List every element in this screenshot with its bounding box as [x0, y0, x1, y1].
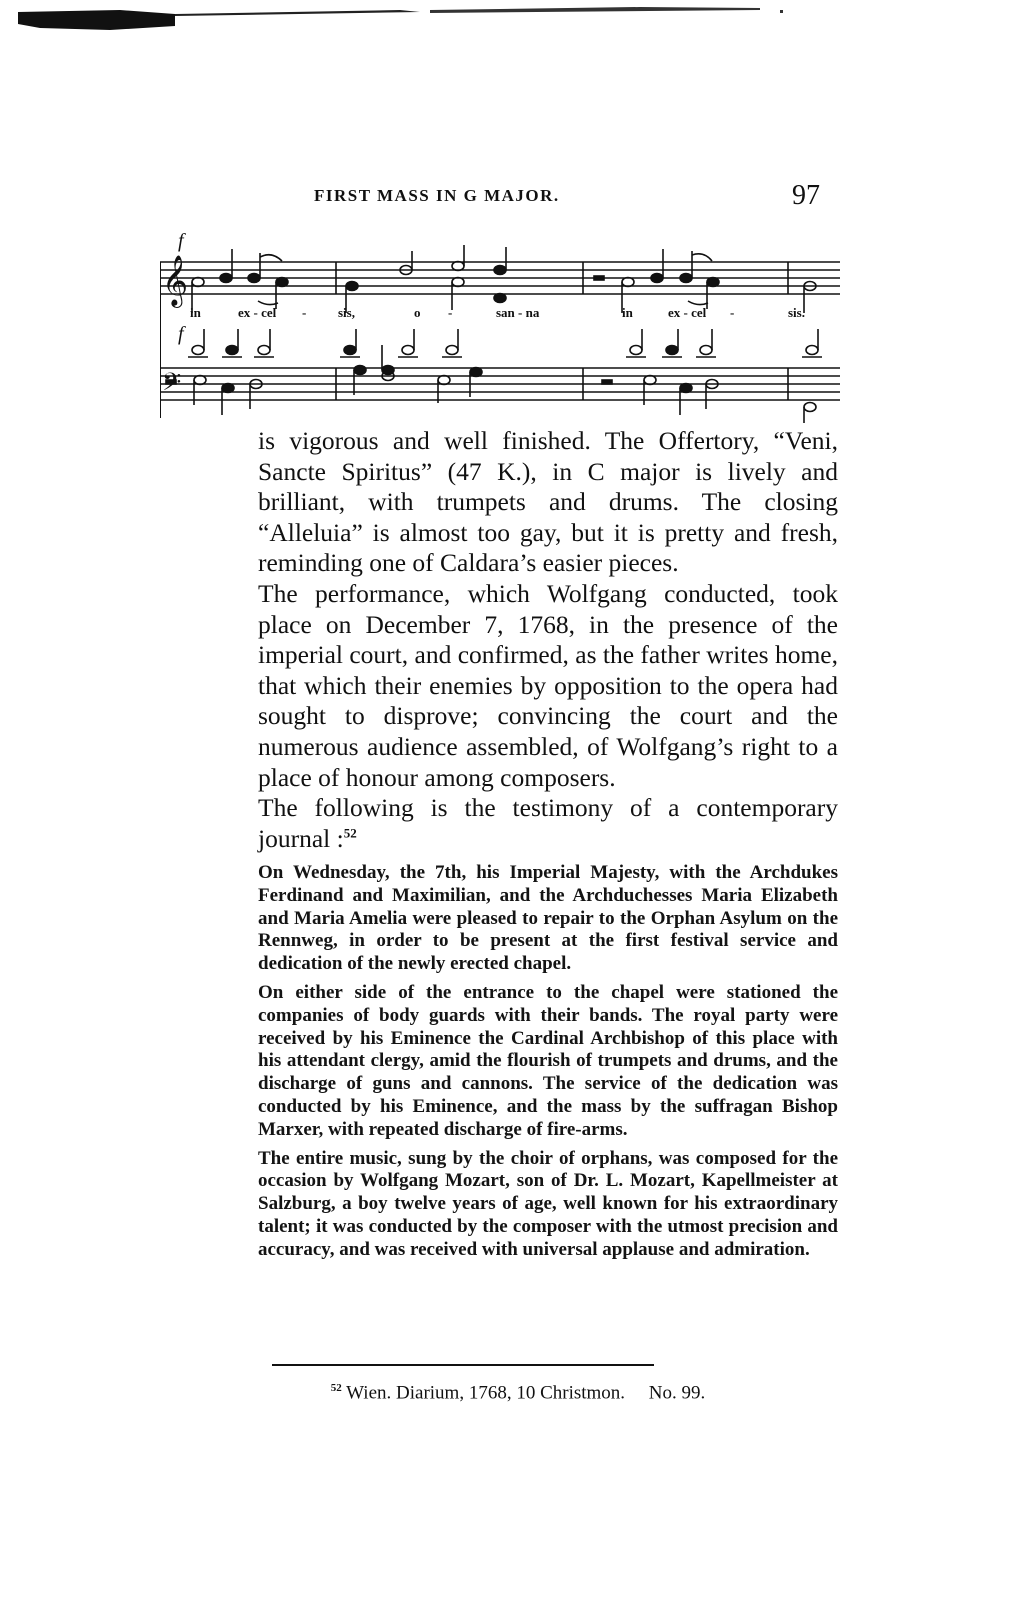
dynamic-forte-upper: f	[178, 230, 186, 252]
svg-text:-: -	[730, 305, 734, 320]
svg-text:sis,: sis,	[338, 305, 355, 320]
treble-notes	[192, 245, 816, 313]
page-number: 97	[792, 180, 820, 212]
scan-edge-artifact	[0, 0, 1036, 40]
music-score: 𝄞 𝄢 f f in ex - cel - sis, o - san - na …	[160, 225, 840, 425]
footnote-ref[interactable]: 52	[344, 825, 357, 840]
footnote-text: Wien. Diarium, 1768, 10 Christmon. No. 9…	[346, 1382, 705, 1403]
svg-text:ex - cel: ex - cel	[238, 305, 277, 320]
treble-staff	[160, 262, 840, 418]
paragraph-3: The following is the testimony of a cont…	[258, 793, 838, 854]
lyrics: in ex - cel - sis, o - san - na in ex - …	[190, 305, 805, 320]
svg-text:-: -	[302, 305, 306, 320]
paragraph-1: is vigorous and well finished. The Offer…	[258, 426, 838, 579]
svg-text:san - na: san - na	[496, 305, 540, 320]
dynamic-forte-lower: f	[178, 323, 186, 345]
quote-paragraph-2: On either side of the entrance to the ch…	[258, 982, 838, 1142]
quoted-journal-extract: On Wednesday, the 7th, his Imperial Maje…	[258, 862, 838, 1268]
treble-clef-icon: 𝄞	[162, 255, 188, 308]
svg-text:-: -	[448, 305, 452, 320]
svg-text:in: in	[190, 305, 202, 320]
running-head: FIRST MASS IN G MAJOR. 97	[258, 180, 838, 216]
alto-line-notes	[188, 329, 822, 357]
footnote: 52 Wien. Diarium, 1768, 10 Christmon. No…	[0, 1382, 1036, 1404]
svg-text:ex - cel: ex - cel	[668, 305, 707, 320]
running-title: FIRST MASS IN G MAJOR.	[314, 186, 560, 206]
paragraph-2: The performance, which Wolfgang conducte…	[258, 579, 838, 793]
footnote-divider	[272, 1364, 654, 1366]
main-text: is vigorous and well finished. The Offer…	[258, 426, 838, 854]
paragraph-3-text: The following is the testimony of a cont…	[258, 793, 838, 853]
quote-paragraph-1: On Wednesday, the 7th, his Imperial Maje…	[258, 862, 838, 976]
bass-clef-icon: 𝄢	[162, 368, 181, 403]
footnote-number: 52	[331, 1382, 342, 1394]
svg-text:sis.: sis.	[788, 305, 805, 320]
quote-paragraph-3: The entire music, sung by the choir of o…	[258, 1148, 838, 1262]
svg-text:in: in	[622, 305, 634, 320]
svg-text:o: o	[414, 305, 421, 320]
